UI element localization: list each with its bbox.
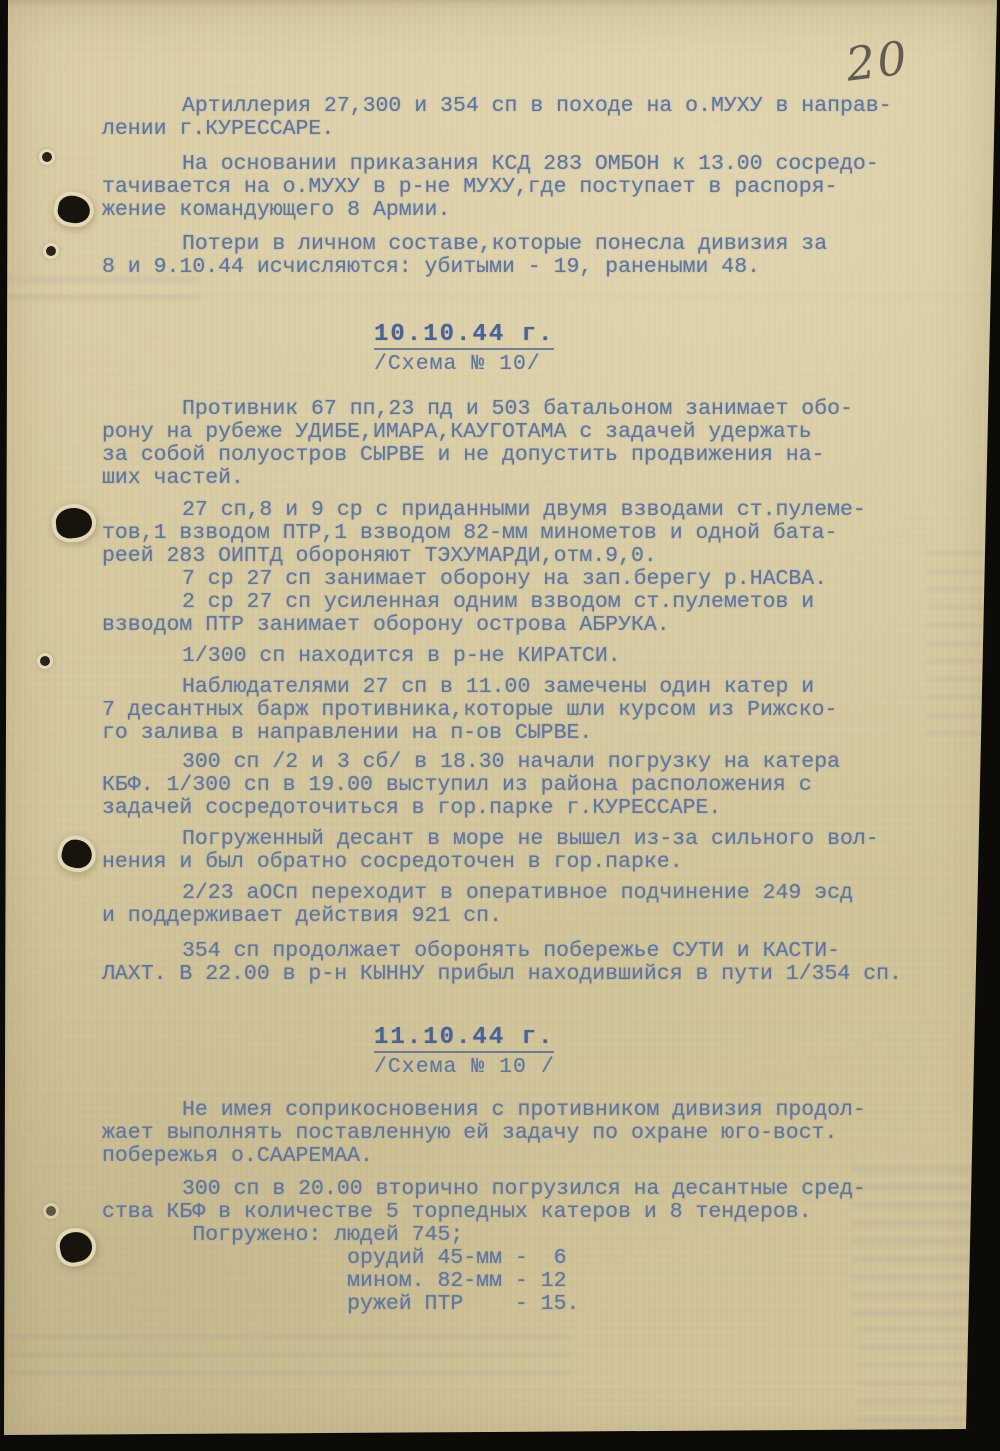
paragraph: 7 ср 27 сп занимает оборону на зап.берег… xyxy=(102,568,934,591)
paragraph: 300 сп в 20.00 вторично погрузился на де… xyxy=(102,1178,934,1316)
paragraph: Потери в личном составе,которые понесла … xyxy=(102,233,934,279)
typewritten-text-block: Артиллерия 27,300 и 354 сп в походе на о… xyxy=(0,0,994,1316)
section-date-heading: 10.10.44 г. xyxy=(374,323,554,350)
document-page: 20 Артиллерия 27,300 и 354 сп в походе н… xyxy=(0,0,1000,1451)
paragraph: Погруженный десант в море не вышел из-за… xyxy=(102,828,934,874)
section-schema-label: /Схема № 10/ xyxy=(374,353,934,376)
paragraph: 27 сп,8 и 9 ср с приданными двумя взвода… xyxy=(102,499,934,568)
scan-background: 20 Артиллерия 27,300 и 354 сп в походе н… xyxy=(0,0,1000,1451)
section-heading: 11.10.44 г. /Схема № 10 / xyxy=(374,1026,934,1079)
paragraph: 300 сп /2 и 3 сб/ в 18.30 начали погрузк… xyxy=(102,751,934,820)
section-date-heading: 11.10.44 г. xyxy=(374,1026,554,1053)
paragraph: Наблюдателями 27 сп в 11.00 замечены оди… xyxy=(102,676,934,745)
section-schema-label: /Схема № 10 / xyxy=(374,1056,934,1079)
ink-bleed-mark xyxy=(10,1335,570,1383)
paper-hole xyxy=(42,152,52,162)
paper-hole xyxy=(40,656,50,666)
section-heading: 10.10.44 г. /Схема № 10/ xyxy=(374,323,934,376)
paragraph: 354 сп продолжает оборонять побережье СУ… xyxy=(102,940,934,986)
paper-hole xyxy=(46,1206,56,1216)
paragraph: 1/300 сп находится в р-не КИРАТСИ. xyxy=(102,645,934,668)
paragraph: Артиллерия 27,300 и 354 сп в походе на о… xyxy=(102,95,934,141)
paragraph: 2/23 аОСп переходит в оперативное подчин… xyxy=(102,882,934,928)
paper-hole xyxy=(46,246,56,256)
ink-bleed-mark xyxy=(858,1328,988,1428)
paragraph: На основании приказания КСД 283 ОМБОН к … xyxy=(102,153,934,222)
paragraph: Не имея соприкосновения с противником ди… xyxy=(102,1099,934,1168)
paragraph: 2 ср 27 сп усиленная одним взводом ст.пу… xyxy=(102,591,934,637)
paragraph: Противник 67 пп,23 пд и 503 батальоном з… xyxy=(102,398,934,490)
